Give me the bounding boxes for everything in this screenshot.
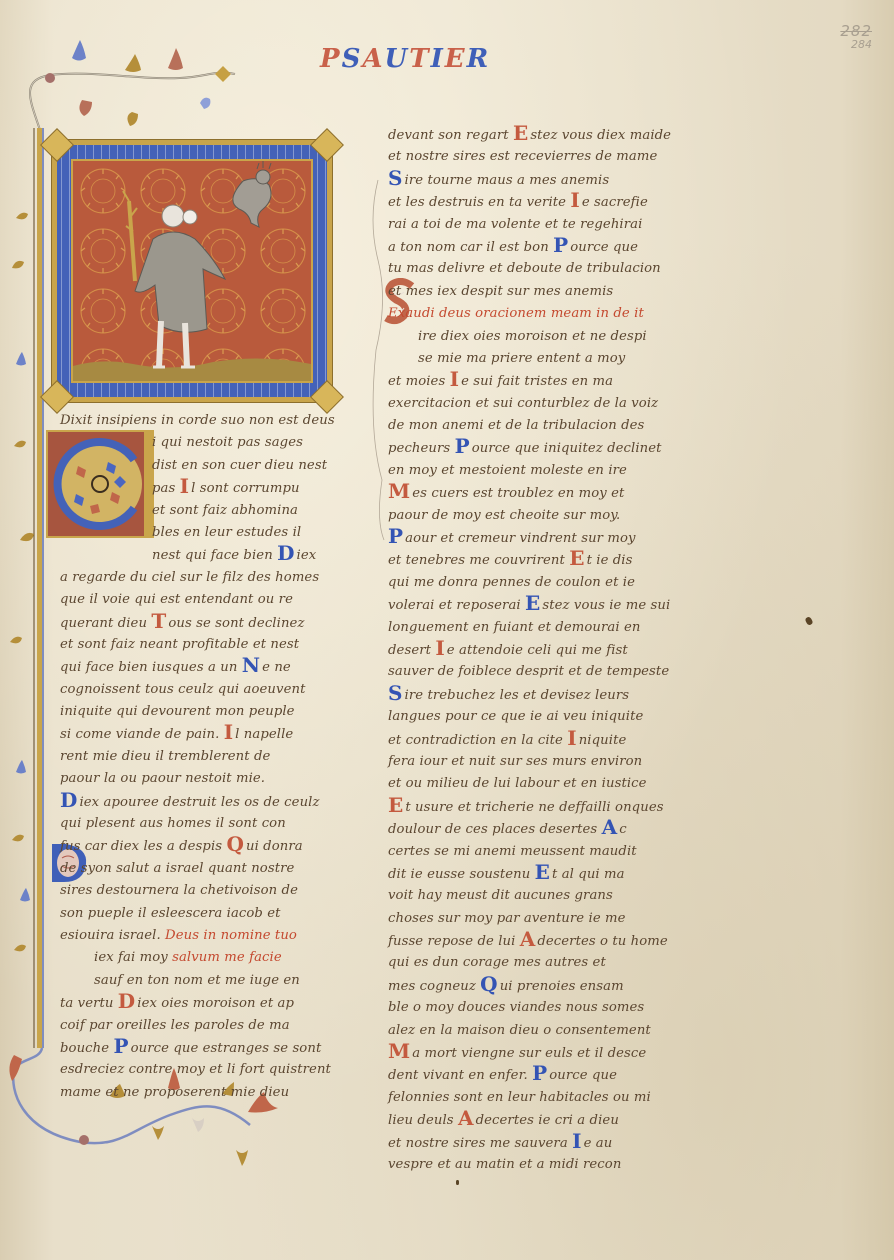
initial-letter: I [224, 723, 233, 741]
line-text: ource que [549, 1068, 617, 1083]
text-line: a ton nom car il est bon Pource que [388, 236, 688, 258]
text-line: de mon anemi et de la tribulacion des [388, 415, 688, 437]
text-line: tu mas delivre et deboute de tribulacion [388, 258, 688, 280]
line-text: ble o moy douces viandes nous somes [388, 1000, 644, 1015]
line-text: querant dieu [60, 616, 151, 631]
line-text: et nostre sires me sauvera [388, 1136, 572, 1151]
line-text: et moies [388, 374, 450, 389]
line-text: decertes ie cri a dieu [476, 1113, 619, 1128]
line-text: niquite [579, 733, 627, 748]
text-line: felonnies sont en leur habitacles ou mi [388, 1087, 688, 1109]
line-text: pecheurs [388, 441, 455, 456]
line-text: et sont faiz neant profitable et nest [60, 637, 299, 652]
rubric-text: salvum me facie [168, 950, 282, 965]
line-text: iex apouree destruit les os de ceulz [79, 795, 319, 810]
text-line: dist en son cuer dieu nest [60, 455, 360, 477]
line-text: e ne [262, 660, 291, 675]
line-text: volerai et reposerai [388, 598, 525, 613]
line-text: stez vous ie me sui [542, 598, 670, 613]
line-text: dent vivant en enfer. [388, 1068, 532, 1083]
initial-letter: M [388, 482, 410, 500]
line-text: de syon salut a israel quant nostre [60, 861, 294, 876]
line-text: fusse repose de lui [388, 934, 520, 949]
text-line: mes cogneuz Qui prenoies ensam [388, 975, 688, 997]
rubric-heading: Dixit insipiens in corde suo non est deu… [60, 410, 360, 432]
text-line: Diex apouree destruit les os de ceulz [60, 791, 360, 813]
line-text: esiouira israel. [60, 928, 161, 943]
text-column-right: devant son regart Estez vous diex maidee… [388, 124, 688, 1176]
text-line: Sire tourne maus a mes anemis [388, 169, 688, 191]
text-line: dit ie eusse soustenu Et al qui ma [388, 863, 688, 885]
initial-letter: D [60, 791, 77, 809]
line-text: et mes iex despit sur mes anemis [388, 284, 613, 299]
line-text: tu mas delivre et deboute de tribulacion [388, 261, 661, 276]
miniature-illumination [52, 140, 332, 402]
text-line: desert Ie attendoie celi qui me fist [388, 639, 688, 661]
text-line: bles en leur estudes il [60, 522, 360, 544]
initial-letter: E [388, 796, 403, 814]
line-text: et nostre sires est recevierres de mame [388, 149, 657, 164]
line-text: a ton nom car il est bon [388, 240, 553, 255]
text-line: lieu deuls Adecertes ie cri a dieu [388, 1109, 688, 1131]
line-text: iex [297, 548, 317, 563]
text-line: pecheurs Pource que iniquitez declinet [388, 437, 688, 459]
text-line: se mie ma priere entent a moy [388, 348, 688, 370]
line-text: fus car diex les a despis [60, 839, 226, 854]
line-text: e sui fait tristes en ma [461, 374, 613, 389]
line-text: bouche [60, 1041, 113, 1056]
line-text: bles en leur estudes il [152, 525, 301, 540]
line-text: ire tourne maus a mes anemis [405, 173, 610, 188]
line-text: ource que estranges se sont [131, 1041, 322, 1056]
text-line: et nostre sires est recevierres de mame [388, 146, 688, 168]
line-text: longuement en fuiant et demourai en [388, 620, 640, 635]
line-text: exercitacion et sui conturblez de la voi… [388, 396, 658, 411]
initial-letter: N [242, 656, 260, 674]
text-line: coif par oreilles les paroles de ma [60, 1015, 360, 1037]
line-text: i qui nestoit pas sages [152, 435, 303, 450]
line-text: coif par oreilles les paroles de ma [60, 1018, 290, 1033]
initial-letter: A [602, 818, 618, 836]
line-text: de mon anemi et de la tribulacion des [388, 418, 644, 433]
line-text: l sont corrumpu [191, 481, 299, 496]
line-text: qui es dun corage mes autres et [388, 955, 606, 970]
text-line: si come viande de pain. Il napelle [60, 723, 360, 745]
text-line: qui es dun corage mes autres et [388, 952, 688, 974]
text-line: bouche Pource que estranges se sont [60, 1037, 360, 1059]
initial-letter: E [535, 863, 550, 881]
text-line: ire diex oies moroison et ne despi [388, 326, 688, 348]
line-text: alez en la maison dieu o consentement [388, 1023, 651, 1038]
line-text: se mie ma priere entent a moy [418, 351, 625, 366]
line-text: et tenebres me couvrirent [388, 553, 569, 568]
text-line: et sont faiz abhomina [60, 500, 360, 522]
initial-letter: M [388, 1042, 410, 1060]
line-text: iniquite qui devourent mon peuple [60, 704, 295, 719]
line-text: ta vertu [60, 996, 118, 1011]
initial-letter: Q [480, 975, 498, 993]
line-text: qui me donra pennes de coulon et ie [388, 575, 635, 590]
line-text: rai a toi de ma volente et te regehirai [388, 217, 642, 232]
text-line: doulour de ces places desertes Ac [388, 818, 688, 840]
initial-letter: P [113, 1037, 128, 1055]
text-line: fus car diex les a despis Qui donra [60, 835, 360, 857]
text-line: querant dieu Tous se sont declinez [60, 612, 360, 634]
line-text: e attendoie celi qui me fist [447, 643, 628, 658]
line-text: dist en son cuer dieu nest [152, 458, 327, 473]
text-line: Exaudi deus oracionem meam in de it [388, 303, 688, 325]
line-text: doulour de ces places desertes [388, 822, 602, 837]
initial-letter: S [388, 169, 403, 187]
fool-and-demon-icon [73, 161, 311, 381]
line-text: dit ie eusse soustenu [388, 867, 535, 882]
rubric-text: Exaudi deus oracionem meam in de it [388, 306, 644, 321]
line-text: aour et cremeur vindrent sur moy [405, 531, 635, 546]
text-line: nest qui face bien Diex [60, 544, 360, 566]
text-line: Sire trebuchez les et devisez leurs [388, 684, 688, 706]
line-text: et les destruis en ta verite [388, 195, 570, 210]
text-line: sauf en ton nom et me iuge en [60, 970, 360, 992]
text-line: sires destournera la chetivoison de [60, 880, 360, 902]
line-text: a regarde du ciel sur le filz des homes [60, 570, 319, 585]
initial-letter: P [532, 1064, 547, 1082]
text-line: et les destruis en ta verite Ie sacrefie [388, 191, 688, 213]
line-text: c [619, 822, 627, 837]
text-line: esdreciez contre moy et li fort quistren… [60, 1059, 360, 1081]
initial-letter: P [388, 527, 403, 545]
line-text: decertes o tu home [537, 934, 667, 949]
text-line: paour de moy est cheoite sur moy. [388, 505, 688, 527]
line-text: iex oies moroison et ap [137, 996, 294, 1011]
text-line: de syon salut a israel quant nostre [60, 858, 360, 880]
line-text: en moy et mestoient moleste en ire [388, 463, 627, 478]
initial-letter: P [455, 437, 470, 455]
line-text: sauver de foiblece desprit et de tempest… [388, 664, 669, 679]
initial-letter: E [513, 124, 528, 142]
initial-letter: I [572, 1132, 581, 1150]
line-text: ui donra [246, 839, 303, 854]
line-text: son pueple il esleescera iacob et [60, 906, 281, 921]
initial-letter: D [277, 544, 294, 562]
line-text: cognoissent tous ceulz qui aoeuvent [60, 682, 305, 697]
text-line: langues pour ce que ie ai veu iniquite [388, 706, 688, 728]
line-text: t ie dis [587, 553, 633, 568]
manuscript-page: 282 284 PSAUTIER [0, 0, 894, 1260]
initial-letter: E [569, 549, 584, 567]
text-line: paour la ou paour nestoit mie. [60, 768, 360, 790]
line-text: voit hay meust dit aucunes grans [388, 888, 613, 903]
text-line: pas Il sont corrumpu [60, 477, 360, 499]
initial-letter: A [458, 1109, 474, 1127]
text-line: sauver de foiblece desprit et de tempest… [388, 661, 688, 683]
initial-letter: I [435, 639, 444, 657]
line-text: qui plesent aus homes il sont con [60, 816, 286, 831]
line-text: lieu deuls [388, 1113, 458, 1128]
text-line: iniquite qui devourent mon peuple [60, 701, 360, 723]
line-text: devant son regart [388, 128, 513, 143]
text-line: et ou milieu de lui labour et en iustice [388, 773, 688, 795]
line-text: fera iour et nuit sur ses murs environ [388, 754, 642, 769]
text-line: fera iour et nuit sur ses murs environ [388, 751, 688, 773]
line-text: sauf en ton nom et me iuge en [94, 973, 300, 988]
text-line: voit hay meust dit aucunes grans [388, 885, 688, 907]
text-line: iex fai moy salvum me facie [60, 947, 360, 969]
line-text: choses sur moy par aventure ie me [388, 911, 626, 926]
line-text: mes cogneuz [388, 979, 480, 994]
text-line: i qui nestoit pas sages [60, 432, 360, 454]
text-line: a regarde du ciel sur le filz des homes [60, 567, 360, 589]
line-text: nest qui face bien [152, 548, 277, 563]
line-text: que il voie qui est entendant ou re [60, 592, 293, 607]
line-text: ire trebuchez les et devisez leurs [405, 688, 630, 703]
line-text: certes se mi anemi meussent maudit [388, 844, 637, 859]
initial-letter: I [570, 191, 579, 209]
text-line: dent vivant en enfer. Pource que [388, 1064, 688, 1086]
rubric-text: Deus in nomine tuo [161, 928, 297, 943]
line-text: ire diex oies moroison et ne despi [418, 329, 647, 344]
miniature-red-field [71, 159, 313, 383]
line-text: e sacrefie [582, 195, 648, 210]
line-text: e au [584, 1136, 613, 1151]
text-column-left: Dixit insipiens in corde suo non est deu… [60, 410, 360, 1104]
text-line: volerai et reposerai Estez vous ie me su… [388, 594, 688, 616]
initial-letter: I [450, 370, 459, 388]
text-line: et contradiction en la cite Iniquite [388, 729, 688, 751]
line-text: ource que [570, 240, 638, 255]
line-text: qui face bien iusques a un [60, 660, 242, 675]
text-line: longuement en fuiant et demourai en [388, 617, 688, 639]
text-line: et nostre sires me sauvera Ie au [388, 1132, 688, 1154]
text-line: son pueple il esleescera iacob et [60, 903, 360, 925]
initial-letter: A [520, 930, 536, 948]
line-text: ui prenoies ensam [500, 979, 624, 994]
catchword-mark [456, 1180, 459, 1185]
text-line: rai a toi de ma volente et te regehirai [388, 214, 688, 236]
text-line: esiouira israel. Deus in nomine tuo [60, 925, 360, 947]
line-text: et contradiction en la cite [388, 733, 567, 748]
line-text: esdreciez contre moy et li fort quistren… [60, 1062, 331, 1077]
line-text: t al qui ma [552, 867, 625, 882]
line-text: et sont faiz abhomina [152, 503, 298, 518]
text-line: alez en la maison dieu o consentement [388, 1020, 688, 1042]
text-line: en moy et mestoient moleste en ire [388, 460, 688, 482]
text-line: Paour et cremeur vindrent sur moy [388, 527, 688, 549]
line-text: l napelle [235, 727, 293, 742]
line-text: mame et ne proposerent mie dieu [60, 1085, 289, 1100]
initial-letter: Q [226, 835, 244, 853]
text-line: mame et ne proposerent mie dieu [60, 1082, 360, 1104]
text-line: et moies Ie sui fait tristes en ma [388, 370, 688, 392]
initial-letter: I [567, 729, 576, 747]
text-line: choses sur moy par aventure ie me [388, 908, 688, 930]
line-text: t usure et tricherie ne deffailli onques [405, 800, 663, 815]
text-line: vespre et au matin et a midi recon [388, 1154, 688, 1176]
text-line: rent mie dieu il tremblerent de [60, 746, 360, 768]
text-line: et tenebres me couvrirent Et ie dis [388, 549, 688, 571]
text-line: fusse repose de lui Adecertes o tu home [388, 930, 688, 952]
initial-letter: P [553, 236, 568, 254]
initial-letter: E [525, 594, 540, 612]
text-line: exercitacion et sui conturblez de la voi… [388, 393, 688, 415]
text-line: ta vertu Diex oies moroison et ap [60, 992, 360, 1014]
line-text: ous se sont declinez [168, 616, 304, 631]
text-line: ble o moy douces viandes nous somes [388, 997, 688, 1019]
line-text: sires destournera la chetivoison de [60, 883, 298, 898]
line-text: vespre et au matin et a midi recon [388, 1157, 621, 1172]
line-text: a mort viengne sur euls et il desce [412, 1046, 646, 1061]
text-line: Et usure et tricherie ne deffailli onque… [388, 796, 688, 818]
text-line: Mes cuers est troublez en moy et [388, 482, 688, 504]
line-text: es cuers est troublez en moy et [412, 486, 624, 501]
text-line: et sont faiz neant profitable et nest [60, 634, 360, 656]
text-line: qui face bien iusques a un Ne ne [60, 656, 360, 678]
text-line: que il voie qui est entendant ou re [60, 589, 360, 611]
line-text: langues pour ce que ie ai veu iniquite [388, 709, 643, 724]
initial-letter: T [151, 612, 166, 630]
initial-letter: S [388, 684, 403, 702]
line-text: et ou milieu de lui labour et en iustice [388, 776, 647, 791]
line-text: felonnies sont en leur habitacles ou mi [388, 1090, 651, 1105]
line-text: rent mie dieu il tremblerent de [60, 749, 270, 764]
line-text: paour de moy est cheoite sur moy. [388, 508, 620, 523]
line-text: si come viande de pain. [60, 727, 224, 742]
text-line: et mes iex despit sur mes anemis [388, 281, 688, 303]
line-text: iex fai moy [94, 950, 168, 965]
line-text: desert [388, 643, 435, 658]
text-line: devant son regart Estez vous diex maide [388, 124, 688, 146]
initial-letter: I [180, 477, 189, 495]
line-text: ource que iniquitez declinet [472, 441, 662, 456]
line-text: pas [152, 481, 180, 496]
line-text: paour la ou paour nestoit mie. [60, 771, 265, 786]
initial-letter: D [118, 992, 135, 1010]
line-text: stez vous diex maide [530, 128, 671, 143]
text-line: cognoissent tous ceulz qui aoeuvent [60, 679, 360, 701]
text-line: qui plesent aus homes il sont con [60, 813, 360, 835]
